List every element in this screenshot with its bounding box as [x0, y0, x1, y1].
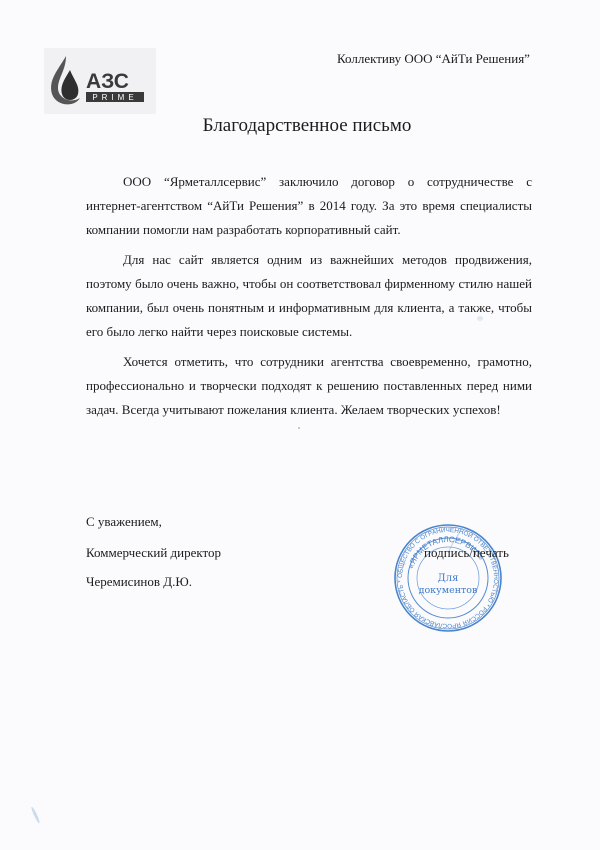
letter-body: ООО “Ярметаллсервис” заключило договор о…: [86, 170, 532, 428]
paragraph: Хочется отметить, что сотрудники агентст…: [86, 350, 532, 422]
ink-mark: [30, 806, 40, 824]
company-logo: АЗС PRIME: [44, 48, 156, 114]
company-stamp: ОБЩЕСТВО С ОГРАНИЧЕННОЙ ОТВЕТСТВЕННОСТЬЮ…: [393, 523, 503, 633]
svg-text:АЗС: АЗС: [86, 70, 129, 93]
ink-mark: [477, 316, 483, 321]
oil-drop-icon: АЗС PRIME: [44, 48, 156, 114]
addressee: Коллективу ООО “АйТи Решения”: [337, 51, 530, 67]
svg-text:документов: документов: [419, 585, 478, 596]
closing: С уважением,: [86, 514, 162, 530]
svg-text:PRIME: PRIME: [92, 93, 137, 102]
letter-page: АЗС PRIME Коллективу ООО “АйТи Решения” …: [0, 0, 600, 850]
svg-text:Для: Для: [438, 573, 459, 584]
signer-name: Черемисинов Д.Ю.: [86, 574, 192, 590]
letter-title: Благодарственное письмо: [0, 115, 600, 137]
ink-mark: [298, 427, 300, 429]
paragraph: Для нас сайт является одним из важнейших…: [86, 248, 532, 344]
signature-label: подпись/печать: [424, 545, 509, 561]
signer-position: Коммерческий директор: [86, 545, 221, 561]
paragraph: ООО “Ярметаллсервис” заключило договор о…: [86, 170, 532, 242]
